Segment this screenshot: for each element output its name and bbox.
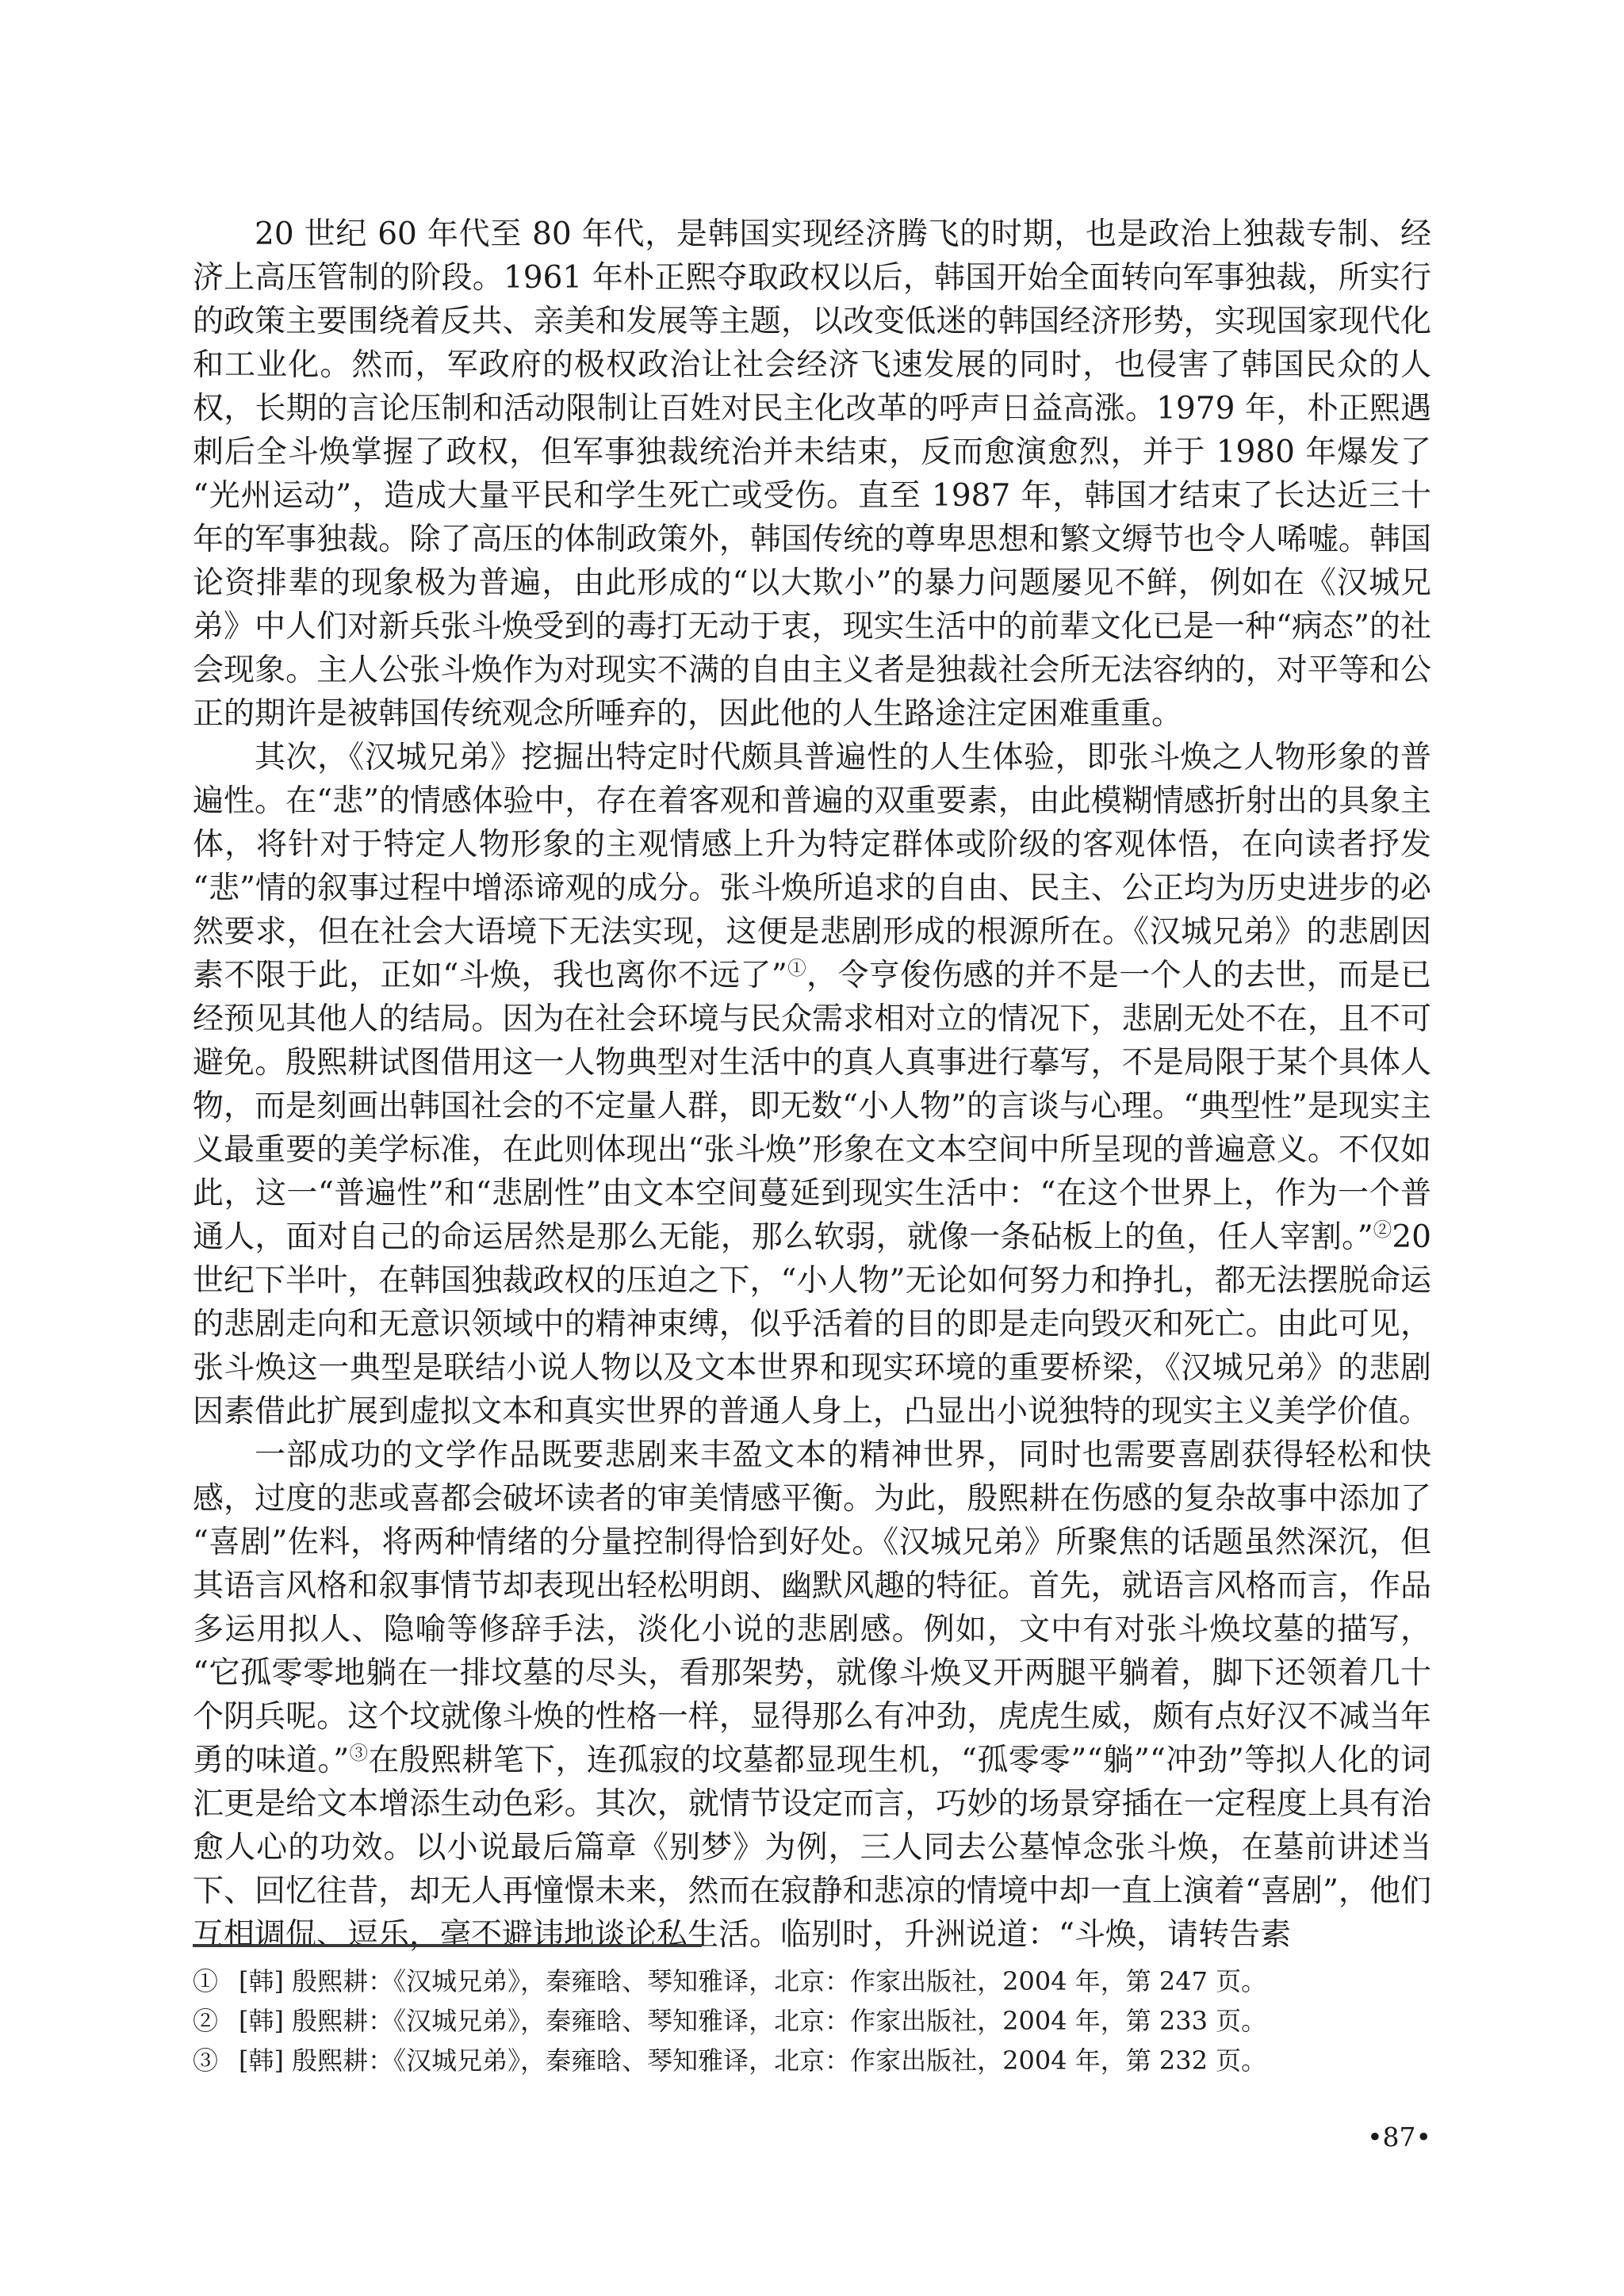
footnote-marker: ② [193, 2001, 239, 2041]
footnote-separator [193, 1944, 702, 1947]
document-page: 20 世纪 60 年代至 80 年代，是韩国实现经济腾飞的时期，也是政治上独裁专… [0, 0, 1624, 2296]
footnotes-section: ①[韩] 殷熙耕：《汉城兄弟》，秦雍晗、琴知雅译，北京：作家出版社，2004 年… [193, 1944, 1431, 2080]
page-number: •87• [1367, 2122, 1431, 2153]
footnote-reference-mark: ② [1373, 1219, 1392, 1241]
footnote-reference-mark: ① [787, 957, 806, 979]
article-body: 20 世纪 60 年代至 80 年代，是韩国实现经济腾飞的时期，也是政治上独裁专… [193, 212, 1431, 1957]
footnote-text: [韩] 殷熙耕：《汉城兄弟》，秦雍晗、琴知雅译，北京：作家出版社，2004 年，… [239, 2041, 1431, 2080]
footnote-reference-mark: ③ [349, 1742, 368, 1764]
footnote-marker: ① [193, 1961, 239, 2001]
footnote-text: [韩] 殷熙耕：《汉城兄弟》，秦雍晗、琴知雅译，北京：作家出版社，2004 年，… [239, 1961, 1431, 2001]
body-paragraph-2: 其次，《汉城兄弟》挖掘出特定时代颇具普遍性的人生体验，即张斗焕之人物形象的普遍性… [193, 736, 1431, 1433]
footnote-item-3: ③[韩] 殷熙耕：《汉城兄弟》，秦雍晗、琴知雅译，北京：作家出版社，2004 年… [193, 2041, 1431, 2080]
footnote-item-2: ②[韩] 殷熙耕：《汉城兄弟》，秦雍晗、琴知雅译，北京：作家出版社，2004 年… [193, 2001, 1431, 2041]
footnote-text: [韩] 殷熙耕：《汉城兄弟》，秦雍晗、琴知雅译，北京：作家出版社，2004 年，… [239, 2001, 1431, 2041]
body-paragraph-3: 一部成功的文学作品既要悲剧来丰盈文本的精神世界，同时也需要喜剧获得轻松和快感，过… [193, 1433, 1431, 1957]
footnote-marker: ③ [193, 2041, 239, 2080]
footnote-item-1: ①[韩] 殷熙耕：《汉城兄弟》，秦雍晗、琴知雅译，北京：作家出版社，2004 年… [193, 1961, 1431, 2001]
body-paragraph-1: 20 世纪 60 年代至 80 年代，是韩国实现经济腾飞的时期，也是政治上独裁专… [193, 212, 1431, 736]
footnote-list: ①[韩] 殷熙耕：《汉城兄弟》，秦雍晗、琴知雅译，北京：作家出版社，2004 年… [193, 1961, 1431, 2080]
